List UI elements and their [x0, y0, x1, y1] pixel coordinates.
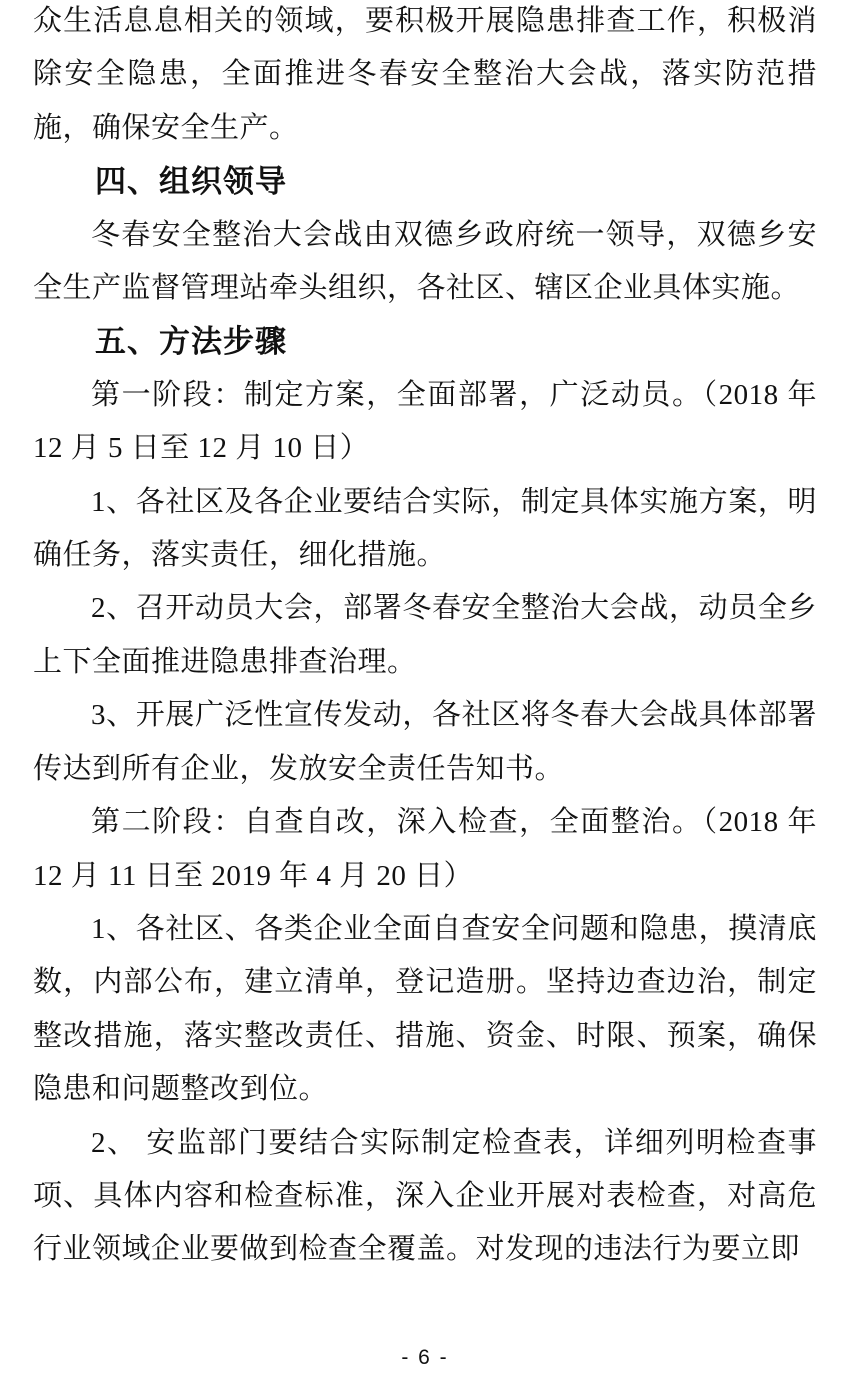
paragraph: 第一阶段：制定方案，全面部署，广泛动员。（2018 年 12 月 5 日至 12… — [33, 369, 817, 476]
paragraph: 1、各社区及各企业要结合实际，制定具体实施方案，明确任务，落实责任，细化措施。 — [33, 476, 817, 583]
document-page: 众生活息息相关的领域，要积极开展隐患排查工作，积极消除安全隐患，全面推进冬春安全… — [0, 0, 850, 1379]
paragraph: 众生活息息相关的领域，要积极开展隐患排查工作，积极消除安全隐患，全面推进冬春安全… — [33, 0, 817, 155]
page-number: - 6 - — [0, 1346, 850, 1370]
paragraph: 2、召开动员大会，部署冬春安全整治大会战，动员全乡上下全面推进隐患排查治理。 — [33, 582, 817, 689]
paragraph: 1、各社区、各类企业全面自查安全问题和隐患，摸清底数，内部公布，建立清单，登记造… — [33, 903, 817, 1117]
paragraph: 3、开展广泛性宣传发动，各社区将冬春大会战具体部署传达到所有企业，发放安全责任告… — [33, 689, 817, 796]
paragraph: 冬春安全整治大会战由双德乡政府统一领导，双德乡安全生产监督管理站牵头组织，各社区… — [33, 209, 817, 316]
section-heading: 四、组织领导 — [33, 155, 817, 208]
paragraph: 2、 安监部门要结合实际制定检查表，详细列明检查事项、具体内容和检查标准，深入企… — [33, 1117, 817, 1277]
paragraph: 第二阶段：自查自改，深入检查，全面整治。（2018 年 12 月 11 日至 2… — [33, 796, 817, 903]
section-heading: 五、方法步骤 — [33, 315, 817, 368]
document-body: 众生活息息相关的领域，要积极开展隐患排查工作，积极消除安全隐患，全面推进冬春安全… — [33, 0, 817, 1277]
